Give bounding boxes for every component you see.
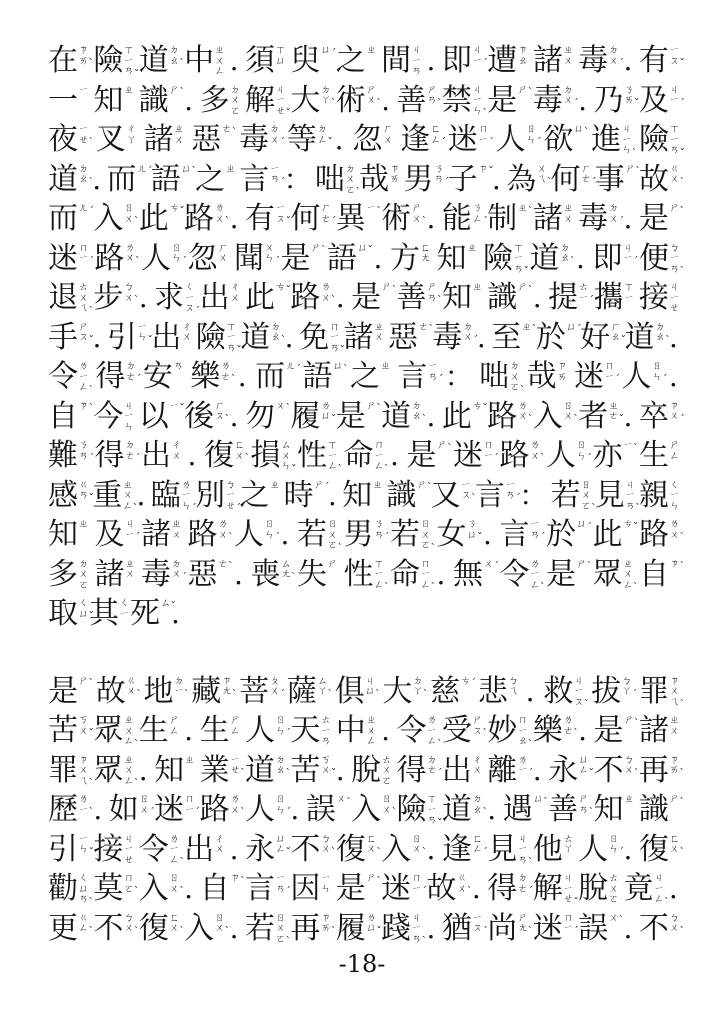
char-unit: 至ㄓˋ (491, 319, 532, 356)
zhuyin-annotation: ㄋㄢˊ (374, 520, 385, 541)
zhuyin-symbol: ㄢ (427, 816, 437, 827)
zhuyin-annotation: ㄐㄧㄢˋ (411, 914, 422, 946)
punctuation: . (427, 42, 438, 79)
zhuyin-symbol: ㄛ (345, 186, 355, 197)
zhuyin-symbol: ㄋ (467, 520, 477, 531)
char-unit: 知ㄓ (593, 791, 634, 828)
zhuyin-symbol: ㄊ (321, 716, 331, 727)
char-unit: 此ㄘˇ (139, 200, 180, 237)
hanzi: 俱 (335, 673, 365, 710)
zhuyin-symbol: ㄥ (374, 581, 384, 592)
zhuyin-annotation: ㄒㄧㄢˇ (513, 244, 524, 276)
zhuyin-annotation: ㄒㄧㄥˋ (327, 441, 338, 473)
zhuyin-annotation: ㄉㄨㄛ (230, 86, 241, 118)
zhuyin-annotation: ㄉㄨㄛ (78, 560, 89, 592)
hanzi: 為 (506, 161, 536, 198)
zhuyin-annotation: ㄖㄨˊ (139, 795, 150, 816)
zhuyin-symbol: ㄧ (625, 491, 635, 502)
zhuyin-symbol: ㄠ (271, 333, 281, 344)
hanzi: 莫 (93, 870, 123, 907)
hanzi: 喪 (251, 556, 281, 593)
zhuyin-annotation: ㄅㄨˋ (123, 914, 134, 935)
zhuyin-symbol: ㄨ (669, 175, 679, 186)
zhuyin-annotation: ㄕㄡˋ (472, 716, 483, 737)
char-unit: 誤ㄨˋ (578, 910, 619, 947)
zhuyin-tone: ˋ (528, 207, 534, 217)
zhuyin-tone: ˊ (275, 533, 281, 543)
zhuyin-symbol: ㄥ (79, 924, 89, 935)
char-unit: 忽ㄏㄨ (352, 121, 393, 158)
zhuyin-symbol: ㄢ (124, 67, 134, 78)
hanzi: 亦 (593, 437, 623, 474)
zhuyin-annotation: ㄋㄢˊ (78, 441, 89, 462)
char-unit: 言ㄧㄢˊ (397, 358, 438, 395)
zhuyin-annotation: ㄘˇ (472, 402, 483, 413)
zhuyin-tone: ˋ (376, 99, 382, 109)
char-unit: 脫ㄊㄨㄛ (578, 870, 619, 907)
punctuation: . (623, 910, 634, 947)
hanzi: 知 (93, 82, 123, 119)
zhuyin-symbol: ㄎ (79, 716, 89, 727)
char-unit: 今ㄐㄧㄣ (93, 398, 134, 435)
punctuation: . (92, 319, 103, 356)
zhuyin-symbol: ㄧ (366, 204, 376, 215)
zhuyin-annotation: ㄧˇ (169, 402, 180, 413)
text-line: 勸ㄑㄩㄢˋ莫ㄇㄛˋ入ㄖㄨˋ.自ㄗˋ言ㄧㄢˊ因ㄧㄣ是ㄕˋ迷ㄇㄧˊ故ㄍㄨˋ.得ㄉㄜˊ… (48, 870, 680, 910)
zhuyin-symbol: ㄢ (79, 491, 89, 502)
zhuyin-tone: ˋ (136, 690, 142, 700)
zhuyin-annotation: ㄓㄨㄥˋ (623, 560, 634, 592)
zhuyin-tone: ˊ (147, 167, 153, 177)
zhuyin-symbol: ㄖ (577, 441, 587, 452)
hanzi: 遇 (503, 791, 533, 828)
zhuyin-annotation: ㄍㄨˋ (126, 677, 137, 698)
char-unit: 制ㄓˋ (487, 200, 528, 237)
hanzi: 自 (200, 870, 230, 907)
zhuyin-annotation: ㄖㄨˋ (411, 835, 422, 856)
hanzi: 尚 (487, 910, 517, 947)
char-unit: 異ㄧˋ (336, 200, 377, 237)
zhuyin-annotation: ㄌㄩˇ (366, 914, 377, 935)
zhuyin-symbol: ㄉ (169, 46, 179, 57)
hanzi: 以 (139, 398, 169, 435)
zhuyin-annotation: ㄋㄞˇ (623, 86, 634, 107)
hanzi: 接 (93, 831, 123, 868)
zhuyin-annotation: ㄕˋ (517, 86, 528, 97)
char-unit: 者ㄓㄜˇ (578, 398, 619, 435)
zhuyin-annotation: ㄗˇ (478, 165, 489, 176)
zhuyin-tone: ˋ (570, 257, 576, 267)
zhuyin-symbol: ㄨ (270, 136, 280, 147)
text-line: 自ㄗˋ今ㄐㄧㄣ以ㄧˇ後ㄏㄡˋ.勿ㄨˋ履ㄌㄩˇ是ㄕˋ道ㄉㄠˋ.此ㄘˇ路ㄌㄨˋ入ㄖㄨ… (48, 398, 680, 438)
char-unit: 而ㄦˊ (48, 200, 89, 237)
punctuation: . (234, 556, 245, 593)
zhuyin-tone: ˋ (89, 898, 95, 908)
hanzi: 多 (200, 82, 230, 119)
zhuyin-symbol: ㄨ (172, 531, 182, 542)
char-unit: 再ㄗㄞˋ (639, 752, 680, 789)
zhuyin-annotation: ㄨㄣˊ (264, 244, 275, 265)
zhuyin-symbol: ㄓ (174, 125, 184, 136)
hanzi: 中 (336, 712, 366, 749)
char-unit: 臨ㄌㄧㄣˊ (151, 477, 192, 514)
hanzi: 哉 (527, 358, 557, 395)
punctuation: . (623, 42, 634, 79)
zhuyin-tone: ˇ (291, 465, 297, 475)
zhuyin-symbol: ㄕ (314, 481, 324, 492)
zhuyin-annotation: ㄓㄨ (125, 560, 136, 581)
char-unit: 藏ㄗㄤˋ (191, 673, 232, 710)
char-unit: 有ㄧㄡˇ (639, 42, 680, 79)
zhuyin-symbol: ㄒ (124, 46, 134, 57)
zhuyin-tone: ˊ (615, 375, 621, 385)
hanzi: 能 (442, 200, 472, 237)
hanzi: 便 (639, 240, 669, 277)
char-unit: 人ㄖㄣˊ (245, 791, 286, 828)
hanzi: 大 (382, 673, 412, 710)
zhuyin-symbol: ㄥ (124, 737, 134, 748)
char-unit: 子ㄗˇ (448, 161, 489, 198)
hanzi: 道 (530, 240, 560, 277)
hanzi: 知 (154, 752, 184, 789)
char-unit: 自ㄗˋ (200, 870, 241, 907)
zhuyin-symbol: ㄨ (669, 412, 679, 423)
punctuation: . (238, 358, 249, 395)
zhuyin-tone: ˇ (331, 415, 337, 425)
zhuyin-annotation: ㄌㄧㄥˋ (169, 835, 180, 867)
hanzi: 迷 (448, 121, 478, 158)
zhuyin-annotation: ㄧㄢˊ (505, 481, 516, 502)
char-unit: 感ㄍㄢˇ (48, 477, 89, 514)
char-unit: 生ㄕㄥ (139, 712, 180, 749)
char-unit: 便ㄅㄧㄢˋ (639, 240, 680, 277)
zhuyin-annotation: ㄖㄣˊ (608, 835, 619, 856)
char-unit: 出ㄔㄨ (200, 279, 241, 316)
zhuyin-symbol: ㄧ (605, 373, 615, 384)
zhuyin-symbol: ㄢ (625, 502, 635, 513)
char-unit: 路ㄌㄨˋ (500, 437, 541, 474)
zhuyin-annotation: ㄕㄥ (669, 441, 680, 462)
zhuyin-annotation: ㄦˊ (137, 165, 148, 176)
char-unit: 在ㄗㄞˋ (48, 42, 89, 79)
char-unit: 毒ㄉㄨˊ (432, 319, 473, 356)
hanzi: 令 (397, 712, 427, 749)
zhuyin-tone: ˇ (134, 70, 140, 80)
zhuyin-symbol: ㄝ (230, 766, 240, 777)
zhuyin-symbol: ㄉ (317, 125, 327, 136)
zhuyin-annotation: ㄙㄤˋ (281, 560, 292, 581)
char-unit: 死ㄙˇ (130, 595, 171, 632)
zhuyin-symbol: ㄇ (185, 795, 195, 806)
text-line: 多ㄉㄨㄛ諸ㄓㄨ毒ㄉㄨˊ惡ㄜˋ.喪ㄙㄤˋ失ㄕ性ㄒㄧㄥˋ命ㄇㄧㄥˋ.無ㄨˊ令ㄌㄧㄥˋ… (48, 556, 680, 596)
zhuyin-symbol: ㄕ (311, 244, 321, 255)
zhuyin-symbol: ㄨ (563, 57, 573, 68)
hanzi: 妙 (487, 712, 517, 749)
zhuyin-symbol: ㄨ (366, 96, 376, 107)
zhuyin-tone: ˊ (182, 573, 188, 583)
hanzi: 時 (284, 477, 314, 514)
zhuyin-annotation: ㄉㄨˊ (563, 86, 574, 107)
zhuyin-symbol: ㄧ (412, 885, 422, 896)
hanzi: 道 (139, 42, 169, 79)
zhuyin-annotation: ㄇㄧㄥˋ (420, 560, 431, 592)
hanzi: 諸 (344, 319, 374, 356)
char-unit: 道ㄉㄠˋ (245, 752, 286, 789)
zhuyin-symbol: ㄧ (669, 46, 679, 57)
zhuyin-tone: ˋ (331, 927, 337, 937)
hanzi: 哉 (359, 161, 389, 198)
hanzi: 識 (639, 791, 669, 828)
zhuyin-annotation: ㄉㄠˋ (169, 46, 180, 67)
punctuation: . (578, 82, 589, 119)
zhuyin-tone: ˋ (89, 679, 95, 689)
zhuyin-tone: ˇ (477, 533, 483, 543)
punctuation: . (427, 398, 438, 435)
zhuyin-tone: ˋ (633, 583, 639, 593)
zhuyin-symbol: ㄜ (418, 323, 428, 334)
zhuyin-tone: ˋ (228, 533, 234, 543)
text-line: 令ㄌㄧㄥˋ得ㄉㄜˊ安ㄢ樂ㄌㄜˋ.而ㄦˊ語ㄩˋ之ㄓ言ㄧㄢˊ：咄ㄉㄨㄛˋ哉ㄗㄞ迷ㄇㄧ… (48, 358, 680, 398)
hanzi: 故 (427, 870, 457, 907)
char-unit: 復ㄈㄨˋ (139, 910, 180, 947)
char-unit: 路ㄌㄨˋ (290, 279, 331, 316)
zhuyin-symbol: ㄨ (530, 452, 540, 463)
char-unit: 路ㄌㄨˋ (188, 516, 229, 553)
zhuyin-symbol: ㄍ (457, 874, 467, 885)
zhuyin-symbol: ㄥ (328, 462, 338, 473)
zhuyin-annotation: ㄓㄨ (669, 716, 680, 737)
zhuyin-symbol: ㄧ (518, 766, 528, 777)
char-unit: 不ㄅㄨˋ (639, 910, 680, 947)
hanzi: 毒 (432, 319, 462, 356)
text-line: 取ㄑㄩˇ其ㄑㄧˊ死ㄙˇ. (48, 595, 680, 635)
zhuyin-symbol: ㄢ (530, 531, 540, 542)
zhuyin-annotation: ㄙㄨㄣˇ (281, 441, 292, 473)
zhuyin-annotation: ㄐㄧˊ (472, 46, 483, 67)
char-unit: 欲ㄩˋ (543, 121, 584, 158)
zhuyin-annotation: ㄊㄚ (563, 835, 574, 856)
zhuyin-tone: ˇ (285, 217, 291, 227)
char-unit: 何ㄏㄜˊ (290, 200, 331, 237)
zhuyin-symbol: ㄧ (428, 362, 438, 373)
zhuyin-tone: ˋ (89, 138, 95, 148)
zhuyin-tone: ˋ (467, 887, 473, 897)
hanzi: 是 (336, 398, 366, 435)
zhuyin-tone: ˋ (665, 336, 671, 346)
char-unit: 令ㄌㄧㄥˋ (500, 556, 541, 593)
zhuyin-symbol: ㄑ (79, 874, 89, 885)
hanzi: 令 (139, 831, 169, 868)
zhuyin-symbol: ㄨ (412, 215, 422, 226)
punctuation: . (533, 279, 544, 316)
char-unit: 而ㄦˊ (107, 161, 148, 198)
zhuyin-symbol: ㄞ (557, 373, 567, 384)
zhuyin-annotation: ㄩˋ (573, 125, 584, 136)
char-unit: 知ㄓ (93, 82, 134, 119)
zhuyin-annotation: ㄩˊ (576, 520, 587, 531)
zhuyin-tone: ˋ (422, 415, 428, 425)
zhuyin-annotation: ㄐㄧㄝˇ (275, 86, 286, 118)
zhuyin-tone: ˋ (482, 808, 488, 818)
zhuyin-annotation: ㄓㄨㄥˋ (123, 756, 134, 788)
hanzi: 道 (245, 752, 275, 789)
text-line: 歷ㄌㄧˋ.如ㄖㄨˊ迷ㄇㄧˊ路ㄌㄨˋ人ㄖㄣˊ.誤ㄨˋ入ㄖㄨˋ險ㄒㄧㄢˇ道ㄉㄠˋ.遇… (48, 791, 680, 831)
char-unit: 多ㄉㄨㄛ (48, 556, 89, 593)
zhuyin-symbol: ㄖ (124, 204, 134, 215)
zhuyin-symbol: ㄧ (514, 254, 524, 265)
hanzi: 路 (639, 516, 669, 553)
zhuyin-symbol: ㄣ (652, 373, 662, 384)
char-unit: 道ㄉㄠˋ (530, 240, 571, 277)
zhuyin-tone: ˋ (375, 690, 381, 700)
char-unit: 出ㄔㄨ (184, 831, 225, 868)
hanzi: 難 (48, 437, 78, 474)
hanzi: 眾 (93, 712, 123, 749)
text-line: 難ㄋㄢˊ得ㄉㄜˊ出ㄔㄨ.復ㄈㄨˋ損ㄙㄨㄣˇ性ㄒㄧㄥˋ命ㄇㄧㄥˋ.是ㄕˋ迷ㄇㄧˊ路… (48, 437, 680, 477)
punctuation: . (230, 200, 241, 237)
char-unit: 別ㄅㄧㄝˊ (195, 477, 236, 514)
zhuyin-tone: ˋ (355, 188, 361, 198)
char-unit: 是ㄕˋ (407, 437, 448, 474)
zhuyin-tone: ˋ (134, 779, 140, 789)
hanzi: 道 (48, 161, 78, 198)
zhuyin-annotation: ㄧㄝˋ (78, 125, 89, 146)
zhuyin-annotation: ㄅㄟ (508, 677, 519, 698)
zhuyin-symbol: ㄇ (484, 441, 494, 452)
hanzi: 令 (48, 358, 78, 395)
char-unit: 咄ㄉㄨㄛˋ (479, 358, 520, 395)
char-unit: 猶ㄧㄡˊ (442, 910, 483, 947)
zhuyin-symbol: ㄧ (478, 136, 488, 147)
zhuyin-symbol: ㄦ (286, 362, 296, 373)
zhuyin-symbol: ㄨ (174, 136, 184, 147)
zhuyin-symbol: ㄒ (427, 795, 437, 806)
zhuyin-symbol: ㄖ (382, 795, 392, 806)
zhuyin-tone: ˇ (437, 819, 443, 829)
zhuyin-annotation: ㄦˊ (78, 204, 89, 215)
zhuyin-symbol: ㄨ (139, 806, 149, 817)
char-unit: 及ㄐㄧˊ (639, 82, 680, 119)
hanzi: 而 (107, 161, 137, 198)
zhuyin-annotation: ㄏㄨ (382, 125, 393, 146)
char-unit: 業ㄧㄝˋ (200, 752, 241, 789)
zhuyin-annotation: ㄐㄧˊ (623, 244, 634, 265)
zhuyin-annotation: ㄇㄧˊ (78, 244, 89, 265)
zhuyin-symbol: ㄖ (275, 795, 285, 806)
zhuyin-annotation: ㄇㄧㄥˋ (374, 441, 385, 473)
zhuyin-tone: ˋ (376, 404, 382, 414)
hanzi: 忽 (188, 240, 218, 277)
zhuyin-symbol: ㄕ (518, 86, 528, 97)
hanzi: 得 (95, 437, 125, 474)
zhuyin-tone: ˋ (528, 415, 534, 425)
hanzi: 知 (342, 477, 372, 514)
zhuyin-symbol: ㄌ (530, 441, 540, 452)
char-unit: 善ㄕㄢˋ (397, 82, 438, 119)
hanzi: 故 (96, 673, 126, 710)
punctuation: . (139, 752, 150, 789)
zhuyin-annotation: ㄅㄨˋ (669, 914, 680, 935)
zhuyin-annotation: ㄌㄨˋ (230, 795, 241, 816)
text-line: 道ㄉㄠˋ.而ㄦˊ語ㄩˋ之ㄓ言ㄧㄢˊ：咄ㄉㄨㄛˋ哉ㄗㄞ男ㄋㄢˊ子ㄗˇ.為ㄨㄟˋ何ㄏ… (48, 161, 680, 201)
char-unit: 重ㄓㄨㄥˋ (92, 477, 133, 514)
zhuyin-annotation: ㄓㄨ (374, 323, 385, 344)
hanzi: 出 (200, 279, 230, 316)
zhuyin-symbol: ㄕ (427, 283, 437, 294)
zhuyin-symbol: ㄓ (366, 46, 376, 57)
char-unit: 提ㄊㄧˊ (548, 279, 589, 316)
hanzi: 諸 (533, 42, 563, 79)
zhuyin-symbol: ㄕ (79, 677, 89, 688)
zhuyin-symbol: ㄧ (623, 254, 633, 265)
zhuyin-symbol: ㄉ (609, 46, 619, 57)
hanzi: 樂 (190, 358, 220, 395)
char-unit: 履ㄌㄩˇ (336, 910, 377, 947)
punctuation: . (390, 437, 401, 474)
hanzi: 之 (195, 161, 225, 198)
zhuyin-tone: ˊ (633, 257, 639, 267)
zhuyin-annotation: ㄓ (372, 481, 383, 492)
zhuyin-annotation: ㄉㄨˊ (608, 46, 619, 67)
zhuyin-symbol: ㄨ (563, 412, 573, 423)
zhuyin-annotation: ㄉㄧˋ (174, 677, 185, 698)
zhuyin-annotation: ㄉㄨˊ (171, 560, 182, 581)
hanzi: 離 (487, 752, 517, 789)
hanzi: 人 (234, 516, 264, 553)
zhuyin-tone: ˋ (679, 927, 685, 937)
char-unit: 勸ㄑㄩㄢˋ (48, 870, 89, 907)
zhuyin-tone: ˋ (134, 740, 140, 750)
zhuyin-annotation: ㄓˋ (517, 204, 528, 215)
text-line: 引ㄧㄣˇ接ㄐㄧㄝ令ㄌㄧㄥˋ出ㄔㄨ.永ㄩㄥˇ不ㄅㄨˋ復ㄈㄨˋ入ㄖㄨˋ.逢ㄈㄥˊ見ㄐ… (48, 831, 680, 871)
zhuyin-annotation: ㄑㄧㄣ (669, 481, 680, 513)
zhuyin-symbol: ㄧ (472, 96, 482, 107)
zhuyin-symbol: ㄖ (652, 362, 662, 373)
zhuyin-tone: ˋ (89, 178, 95, 188)
zhuyin-symbol: ㄕ (230, 716, 240, 727)
zhuyin-tone: ˋ (179, 858, 185, 868)
hanzi: 永 (548, 752, 578, 789)
char-unit: 毒ㄉㄨˊ (578, 200, 619, 237)
hanzi: 人 (245, 712, 275, 749)
hanzi: 知 (442, 279, 472, 316)
char-unit: 更ㄍㄥˋ (48, 910, 89, 947)
zhuyin-symbol: ㄊ (609, 874, 619, 885)
punctuation: . (483, 516, 494, 553)
char-unit: 險ㄒㄧㄢˇ (93, 42, 134, 79)
char-unit: 眾ㄓㄨㄥˋ (593, 556, 634, 593)
zhuyin-annotation: ㄓ (366, 46, 377, 57)
zhuyin-annotation: ㄉㄚˋ (412, 677, 423, 698)
hanzi: 接 (639, 279, 669, 316)
hanzi: 卒 (639, 398, 669, 435)
zhuyin-symbol: ㄢ (670, 265, 680, 276)
zhuyin-symbol: ㄜ (581, 175, 591, 186)
zhuyin-symbol: ㄛ (609, 895, 619, 906)
char-unit: 解ㄐㄧㄝˇ (245, 82, 286, 119)
char-unit: 他ㄊㄚ (533, 831, 574, 868)
zhuyin-symbol: ㄨ (609, 914, 619, 925)
zhuyin-tone: ˊ (573, 99, 579, 109)
hanzi: 生 (639, 437, 669, 474)
char-unit: 道ㄉㄠˋ (48, 161, 89, 198)
hanzi: 方 (390, 240, 420, 277)
char-unit: 方ㄈㄤ (390, 240, 431, 277)
char-unit: 復ㄈㄨˋ (204, 437, 245, 474)
zhuyin-symbol: ㄠ (560, 254, 570, 265)
char-unit: 遭ㄗㄠ (487, 42, 528, 79)
zhuyin-symbol: ㄡ (472, 924, 482, 935)
